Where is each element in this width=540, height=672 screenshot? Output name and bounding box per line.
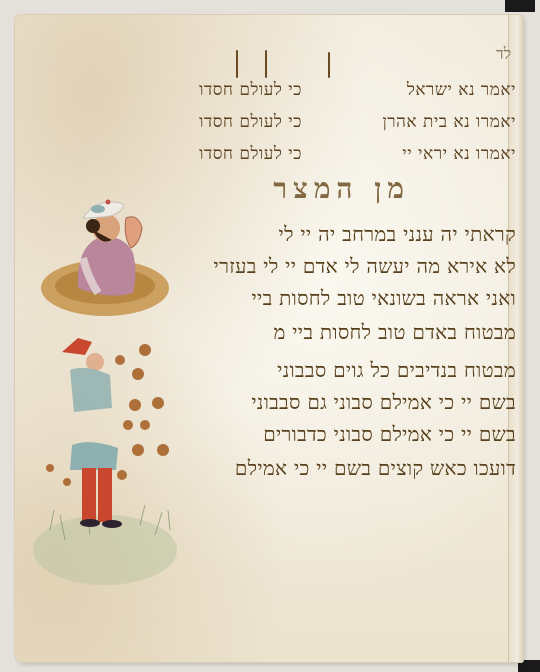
- folio-number: לד: [496, 44, 511, 64]
- refrain-line-1-right: יאמר נא ישראל: [407, 80, 516, 100]
- figure-among-bees-illustration: [30, 330, 195, 590]
- praying-figure-in-pit-illustration: [38, 188, 173, 323]
- body-line-2: לא אירא מה יעשה לי אדם יי לי בעזרי: [214, 254, 516, 279]
- refrain-line-2-right: יאמרו נא בית אהרן: [382, 112, 516, 132]
- refrain-line-3-right: יאמרו נא יראי יי: [402, 144, 516, 164]
- refrain-line-3-left: כי לעולם חסדו: [199, 144, 302, 164]
- binding-edge-top: [505, 0, 535, 12]
- ascender-stroke: [328, 52, 330, 78]
- refrain-line-2-left: כי לעולם חסדו: [199, 112, 302, 132]
- body-line-6: בשם יי כי אמילם סבוני גם סבבוני: [251, 390, 516, 415]
- body-line-7: בשם יי כי אמילם סבוני כדבורים: [263, 422, 516, 447]
- refrain-line-1-left: כי לעולם חסדו: [199, 80, 302, 100]
- body-line-5: מבטוח בנדיבים כל גוים סבבוני: [277, 358, 516, 383]
- body-line-8: דועכו כאש קוצים בשם יי כי אמילם: [235, 456, 516, 481]
- section-heading: מן המצר: [273, 172, 410, 206]
- ascender-stroke: [265, 50, 267, 78]
- body-line-1: קראתי יה ענני במרחב יה יי לי: [279, 222, 516, 247]
- body-line-4: מבטוח באדם טוב לחסות ביי מ: [273, 320, 516, 345]
- body-line-3: ואני אראה בשונאי טוב לחסות ביי: [252, 286, 517, 311]
- ascender-stroke: [236, 50, 238, 78]
